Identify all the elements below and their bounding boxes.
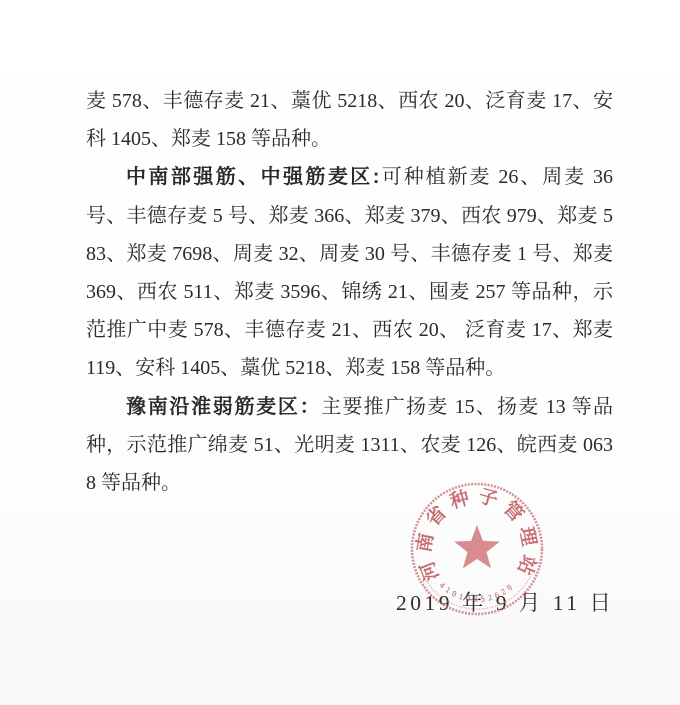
region-heading: 中南部强筋、中强筋麦区:	[126, 166, 380, 188]
paragraph-body: 麦 578、丰德存麦 21、藁优 5218、西农 20、泛育麦 17、安科 14…	[86, 90, 613, 150]
document-date: 2019 年 9 月 11 日	[396, 586, 614, 617]
star-icon	[454, 525, 500, 568]
paragraph-continuation: 麦 578、丰德存麦 21、藁优 5218、西农 20、泛育麦 17、安科 14…	[86, 82, 613, 158]
paragraph-central-south-region: 中南部强筋、中强筋麦区:可种植新麦 26、周麦 36 号、丰德存麦 5 号、郑麦…	[86, 158, 613, 387]
scanned-document-page: 麦 578、丰德存麦 21、藁优 5218、西农 20、泛育麦 17、安科 14…	[0, 0, 680, 705]
document-text-block: 麦 578、丰德存麦 21、藁优 5218、西农 20、泛育麦 17、安科 14…	[86, 82, 613, 502]
paragraph-south-huai-region: 豫南沿淮弱筋麦区：主要推广扬麦 15、扬麦 13 等品种，示范推广绵麦 51、光…	[86, 388, 613, 503]
region-heading: 豫南沿淮弱筋麦区：	[126, 396, 321, 418]
paragraph-body: 可种植新麦 26、周麦 36 号、丰德存麦 5 号、郑麦 366、郑麦 379、…	[86, 166, 613, 379]
